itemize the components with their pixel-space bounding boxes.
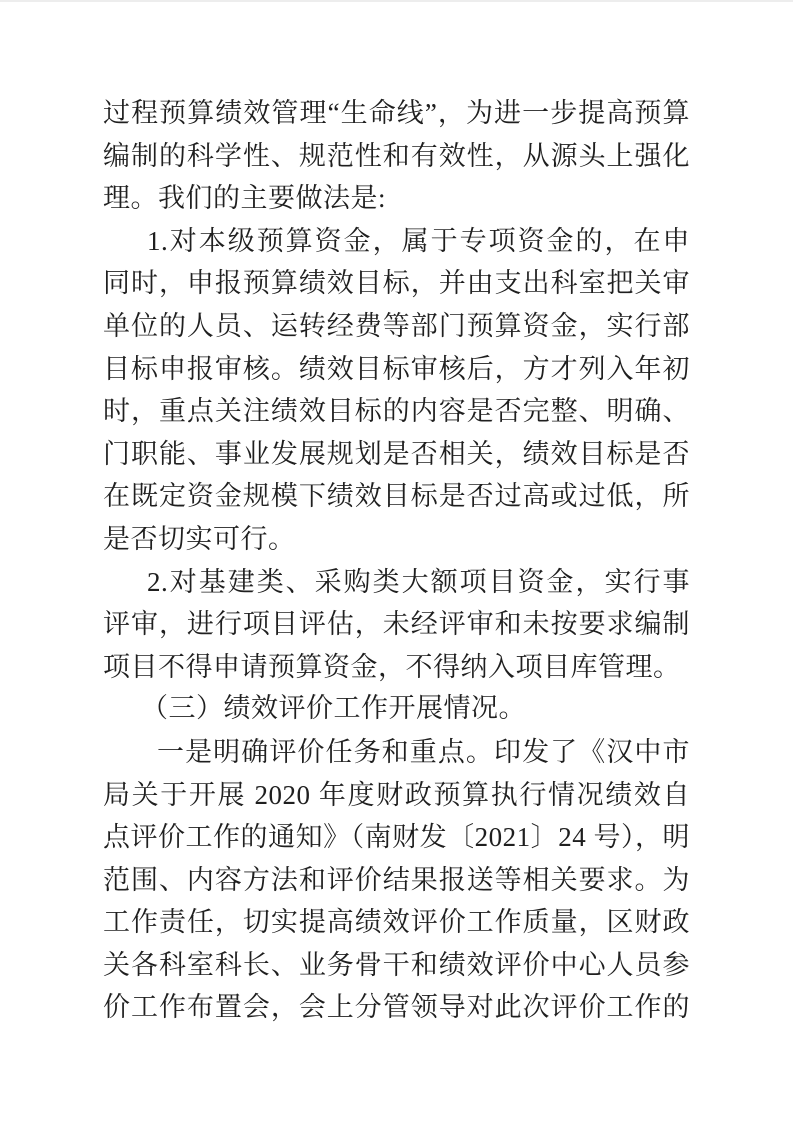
text-line: 同时，申报预算绩效目标，并由支出科室把关审核；对部门 xyxy=(103,262,690,305)
text-line: 关各科室科长、业务骨干和绩效评价中心人员参加的绩效评 xyxy=(103,944,690,987)
text-line: 在既定资金规模下绩效目标是否过高或过低，所采取的措施 xyxy=(103,475,690,518)
text-line: 单位的人员、运转经费等部门预算资金，实行部门整体绩效 xyxy=(103,305,690,348)
text-line: 项目不得申请预算资金，不得纳入项目库管理。 xyxy=(103,646,690,689)
paragraph-continued: 过程预算绩效管理“生命线”，为进一步提高预算绩效目标 编制的科学性、规范性和有效… xyxy=(103,92,690,220)
text-line: 一是明确评价任务和重点。印发了《汉中市南郑区财政 xyxy=(103,731,690,774)
text-line: 2.对基建类、采购类大额项目资金，实行事前财政投资 xyxy=(103,561,690,604)
text-line: 理。我们的主要做法是: xyxy=(103,177,690,220)
text-line: 编制的科学性、规范性和有效性，从源头上强化预算绩效管 xyxy=(103,135,690,178)
text-line: 门职能、事业发展规划是否相关，绩效目标是否细化、量化， xyxy=(103,433,690,476)
text-block: 过程预算绩效管理“生命线”，为进一步提高预算绩效目标 编制的科学性、规范性和有效… xyxy=(103,92,690,1029)
page-top-edge xyxy=(0,0,793,2)
text-line: 1.对本级预算资金，属于专项资金的，在申报预算的 xyxy=(103,220,690,263)
text-line: 价工作布置会，会上分管领导对此次评价工作的目的意义、 xyxy=(103,986,690,1029)
text-line: 时，重点关注绩效目标的内容是否完整、明确、清晰，与部 xyxy=(103,390,690,433)
text-line: 局关于开展 2020 年度财政预算执行情况绩效自评和财政重 xyxy=(103,774,690,817)
paragraph-section-heading: （三）绩效评价工作开展情况。 xyxy=(103,688,690,731)
text-line: 是否切实可行。 xyxy=(103,518,690,561)
text-line: 工作责任，切实提高绩效评价工作质量，区财政局召开由机 xyxy=(103,901,690,944)
paragraph-item-1: 1.对本级预算资金，属于专项资金的，在申报预算的 同时，申报预算绩效目标，并由支… xyxy=(103,220,690,561)
text-line: 范围、内容方法和评价结果报送等相关要求。为进一步夯实 xyxy=(103,859,690,902)
text-line: 过程预算绩效管理“生命线”，为进一步提高预算绩效目标 xyxy=(103,92,690,135)
text-line: 评审，进行项目评估，未经评审和未按要求编制绩效目标的 xyxy=(103,603,690,646)
section-heading: （三）绩效评价工作开展情况。 xyxy=(103,688,690,731)
paragraph-body: 一是明确评价任务和重点。印发了《汉中市南郑区财政 局关于开展 2020 年度财政… xyxy=(103,731,690,1029)
text-line: 目标申报审核。绩效目标审核后，方才列入年初预算。审核 xyxy=(103,348,690,391)
text-line: 点评价工作的通知》（南财发〔2021〕24 号），明确了评价的 xyxy=(103,816,690,859)
paragraph-item-2: 2.对基建类、采购类大额项目资金，实行事前财政投资 评审，进行项目评估，未经评审… xyxy=(103,561,690,689)
document-page: 过程预算绩效管理“生命线”，为进一步提高预算绩效目标 编制的科学性、规范性和有效… xyxy=(0,0,793,1122)
